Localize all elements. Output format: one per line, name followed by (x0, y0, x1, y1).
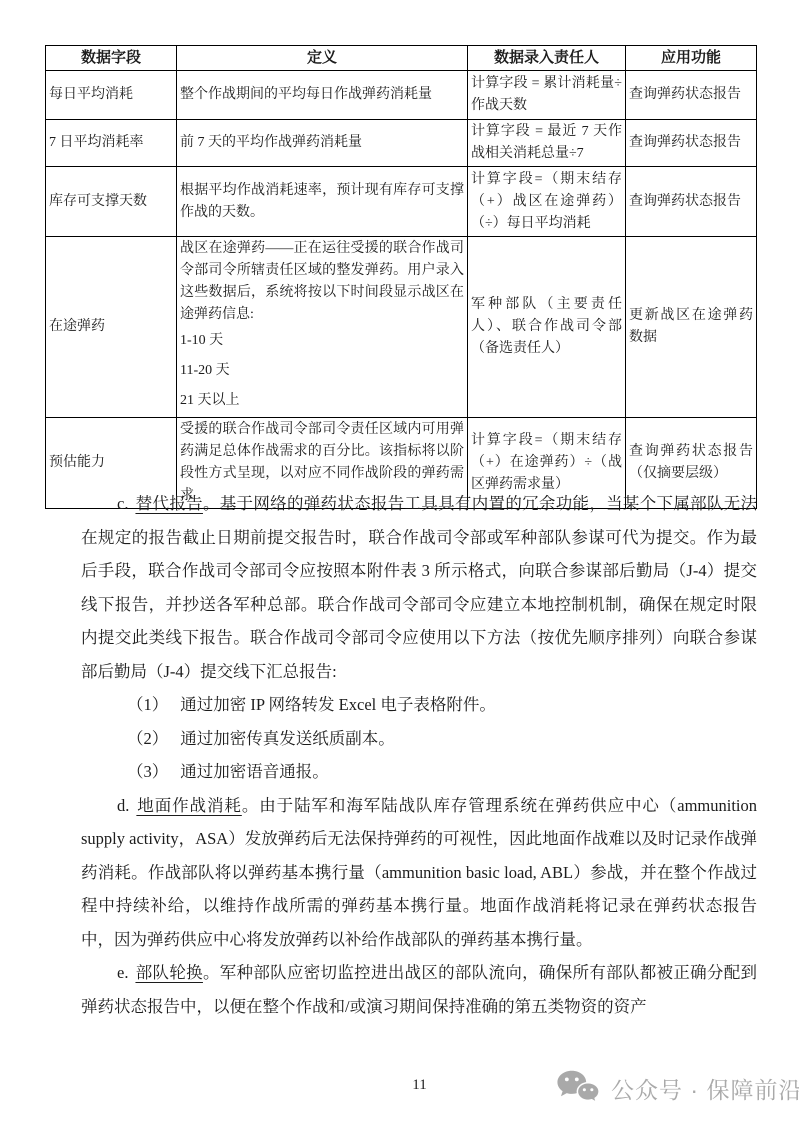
cell-field: 每日平均消耗 (46, 71, 177, 120)
header-entry-responsible: 数据录入责任人 (468, 46, 626, 71)
list-item-number: （3） (127, 762, 168, 781)
ammo-data-fields-table: 数据字段 定义 数据录入责任人 应用功能 每日平均消耗 整个作战期间的平均每日作… (45, 45, 757, 509)
definition-time-band: 1-10 天 (180, 326, 464, 356)
cell-definition: 整个作战期间的平均每日作战弹药消耗量 (177, 71, 468, 120)
paragraph-title: 地面作战消耗 (136, 796, 241, 815)
cell-entry: 计算字段 = 累计消耗量÷作战天数 (468, 71, 626, 120)
definition-time-band: 11-20 天 (180, 356, 464, 386)
cell-definition: 根据平均作战消耗速率，预计现有库存可支撑作战的天数。 (177, 167, 468, 237)
cell-entry: 计算字段 = 最近 7 天作战相关消耗总量÷7 (468, 120, 626, 167)
cell-application: 查询弹药状态报告 (626, 71, 757, 120)
paragraph-label: d. (117, 796, 129, 815)
list-item: （2）通过加密传真发送纸质副本。 (81, 722, 757, 756)
cell-definition: 前 7 天的平均作战弹药消耗量 (177, 120, 468, 167)
paragraph-d: d.地面作战消耗。由于陆军和海军陆战队库存管理系统在弹药供应中心（ammunit… (81, 789, 757, 957)
cell-entry: 军种部队（主要责任人）、联合作战司令部（备选责任人） (468, 237, 626, 418)
cell-application: 更新战区在途弹药数据 (626, 237, 757, 418)
definition-time-band: 21 天以上 (180, 386, 464, 416)
table-row: 在途弹药 战区在途弹药——正在运往受援的联合作战司令部司令所辖责任区域的整发弹药… (46, 237, 757, 418)
cell-application: 查询弹药状态报告 (626, 120, 757, 167)
paragraph-e: e.部队轮换。军种部队应密切监控进出战区的部队流向，确保所有部队都被正确分配到弹… (81, 956, 757, 1023)
list-item-number: （1） (127, 695, 168, 714)
body-text-block: c.替代报告。基于网络的弹药状态报告工具具有内置的冗余功能，当某个下属部队无法在… (81, 487, 757, 1023)
document-page: 数据字段 定义 数据录入责任人 应用功能 每日平均消耗 整个作战期间的平均每日作… (0, 0, 799, 1125)
cell-field: 库存可支撑天数 (46, 167, 177, 237)
table-header-row: 数据字段 定义 数据录入责任人 应用功能 (46, 46, 757, 71)
watermark-text: 公众号 · 保障前沿 (611, 1072, 799, 1105)
list-item-text: 通过加密 IP 网络转发 Excel 电子表格附件。 (180, 695, 496, 714)
table-row: 每日平均消耗 整个作战期间的平均每日作战弹药消耗量 计算字段 = 累计消耗量÷作… (46, 71, 757, 120)
paragraph-title: 部队轮换 (135, 963, 203, 982)
cell-field: 7 日平均消耗率 (46, 120, 177, 167)
list-item-text: 通过加密语音通报。 (180, 762, 329, 781)
paragraph-body: 。基于网络的弹药状态报告工具具有内置的冗余功能，当某个下属部队无法在规定的报告截… (81, 494, 757, 681)
list-item-text: 通过加密传真发送纸质副本。 (180, 729, 395, 748)
paragraph-c: c.替代报告。基于网络的弹药状态报告工具具有内置的冗余功能，当某个下属部队无法在… (81, 487, 757, 688)
cell-field: 在途弹药 (46, 237, 177, 418)
table-row: 库存可支撑天数 根据平均作战消耗速率，预计现有库存可支撑作战的天数。 计算字段=… (46, 167, 757, 237)
list-item: （1）通过加密 IP 网络转发 Excel 电子表格附件。 (81, 688, 757, 722)
header-data-field: 数据字段 (46, 46, 177, 71)
table-row: 7 日平均消耗率 前 7 天的平均作战弹药消耗量 计算字段 = 最近 7 天作战… (46, 120, 757, 167)
header-application: 应用功能 (626, 46, 757, 71)
paragraph-title: 替代报告 (135, 494, 203, 513)
definition-main-text: 战区在途弹药——正在运往受援的联合作战司令部司令所辖责任区域的整发弹药。用户录入… (180, 241, 464, 322)
paragraph-body: 。由于陆军和海军陆战队库存管理系统在弹药供应中心（ammunition supp… (81, 796, 757, 949)
paragraph-label: c. (117, 494, 128, 513)
watermark: 公众号 · 保障前沿 (556, 1068, 799, 1108)
list-item-number: （2） (127, 729, 168, 748)
header-definition: 定义 (177, 46, 468, 71)
cell-application: 查询弹药状态报告 (626, 167, 757, 237)
list-item: （3）通过加密语音通报。 (81, 755, 757, 789)
wechat-icon (556, 1068, 602, 1108)
cell-entry: 计算字段=（期末结存（+）战区在途弹药）（÷）每日平均消耗 (468, 167, 626, 237)
paragraph-label: e. (117, 963, 128, 982)
cell-definition: 战区在途弹药——正在运往受援的联合作战司令部司令所辖责任区域的整发弹药。用户录入… (177, 237, 468, 418)
